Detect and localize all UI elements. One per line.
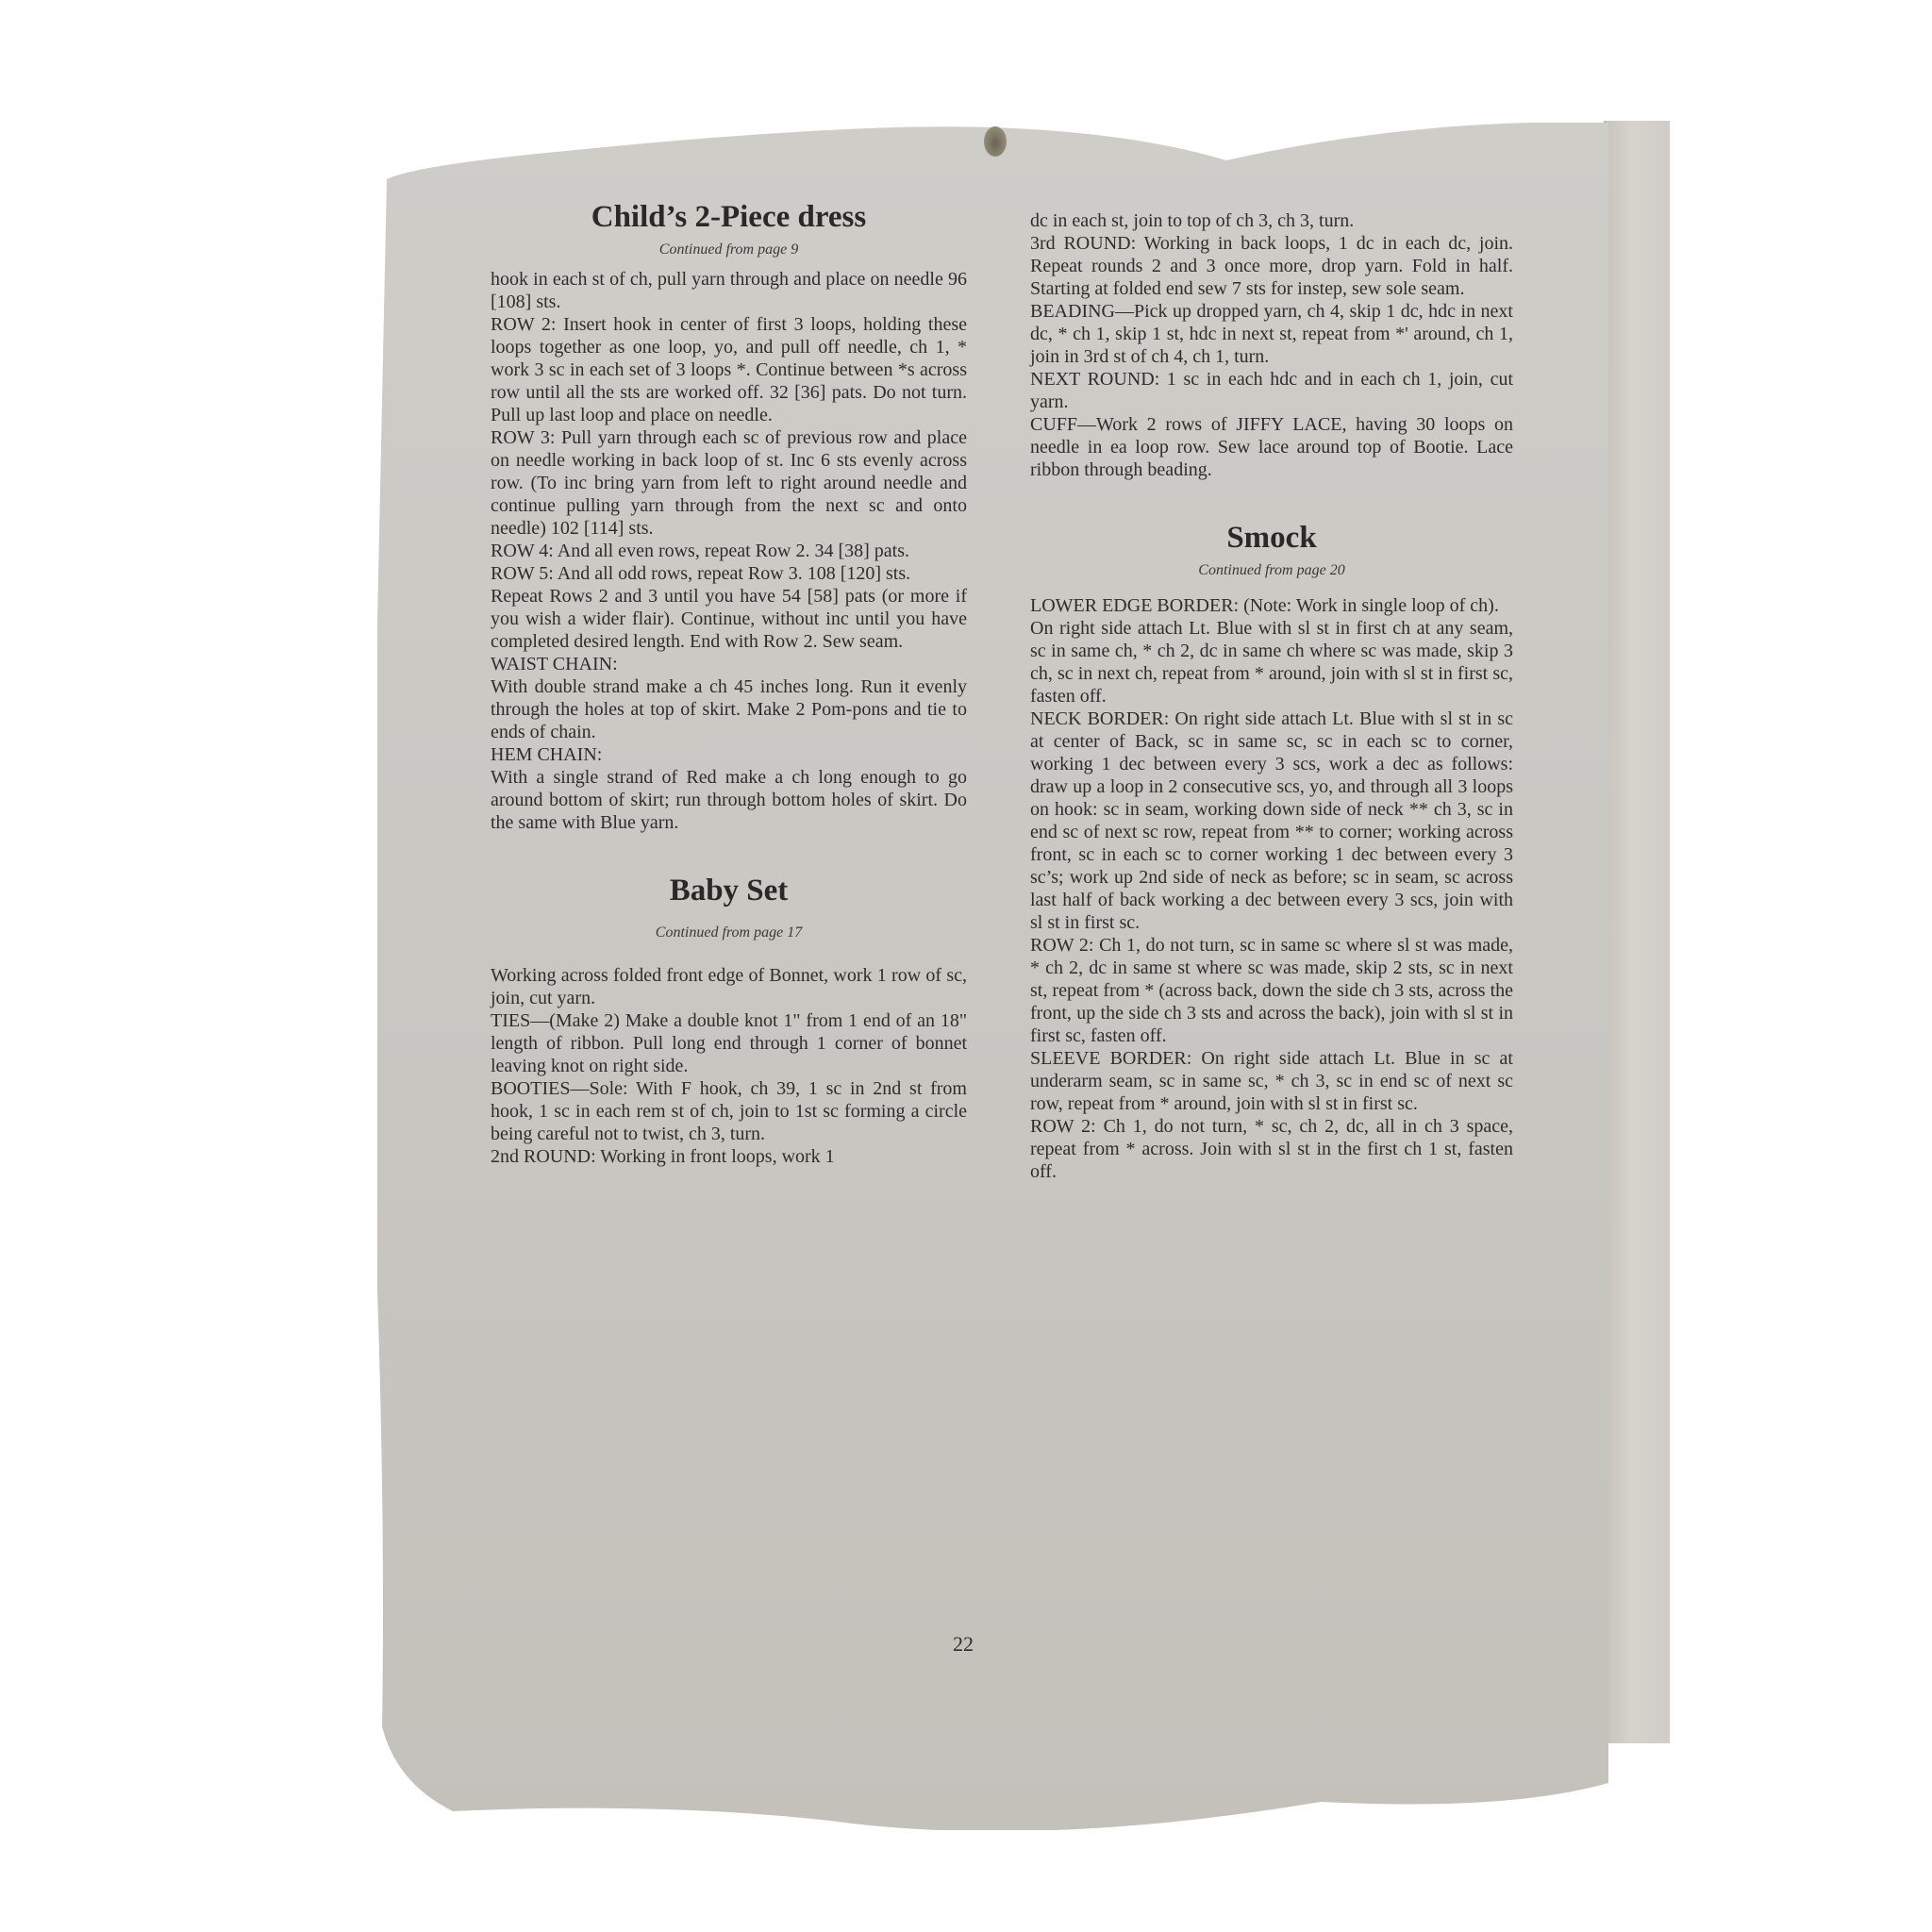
smock-paragraph: ROW 2: Ch 1, do not turn, sc in same sc … [1030, 934, 1513, 1047]
baby-set-continuation: dc in each st, join to top of ch 3, ch 3… [1030, 209, 1513, 232]
dress-paragraph: With a single strand of Red make a ch lo… [491, 766, 967, 834]
right-column: dc in each st, join to top of ch 3, ch 3… [1030, 209, 1513, 1183]
baby-set-continuation: BEADING—Pick up dropped yarn, ch 4, skip… [1030, 300, 1513, 368]
page-number: 22 [953, 1632, 974, 1657]
dress-paragraph: Repeat Rows 2 and 3 until you have 54 [5… [491, 585, 967, 653]
baby-set-paragraph: TIES—(Make 2) Make a double knot 1" from… [491, 1009, 967, 1077]
smock-paragraph: SLEEVE BORDER: On right side attach Lt. … [1030, 1047, 1513, 1115]
left-column: Child’s 2-Piece dress Continued from pag… [491, 198, 967, 1168]
dress-paragraph: With double strand make a ch 45 inches l… [491, 675, 967, 743]
dress-title: Child’s 2-Piece dress [491, 198, 967, 236]
baby-set-paragraph: Working across folded front edge of Bonn… [491, 964, 967, 1009]
smock-title: Smock [1030, 519, 1513, 557]
baby-set-continuation: CUFF—Work 2 rows of JIFFY LACE, having 3… [1030, 413, 1513, 481]
smock-paragraph: NECK BORDER: On right side attach Lt. Bl… [1030, 708, 1513, 934]
baby-set-paragraph: 2nd ROUND: Working in front loops, work … [491, 1145, 967, 1168]
baby-set-continuation: NEXT ROUND: 1 sc in each hdc and in each… [1030, 368, 1513, 413]
dress-paragraph: hook in each st of ch, pull yarn through… [491, 268, 967, 313]
dress-paragraph: ROW 5: And all odd rows, repeat Row 3. 1… [491, 562, 967, 585]
hem-chain-heading: HEM CHAIN: [491, 743, 967, 766]
smock-paragraph: ROW 2: Ch 1, do not turn, * sc, ch 2, dc… [1030, 1115, 1513, 1183]
binding-hole [984, 126, 1007, 157]
smock-paragraph: LOWER EDGE BORDER: (Note: Work in single… [1030, 594, 1513, 617]
baby-set-paragraph: BOOTIES—Sole: With F hook, ch 39, 1 sc i… [491, 1077, 967, 1145]
waist-chain-heading: WAIST CHAIN: [491, 653, 967, 675]
baby-set-continued-note: Continued from page 17 [491, 923, 967, 943]
smock-continued-note: Continued from page 20 [1030, 560, 1513, 581]
dress-paragraph: ROW 3: Pull yarn through each sc of prev… [491, 426, 967, 540]
back-page-edge [1604, 121, 1670, 1743]
dress-paragraph: ROW 4: And all even rows, repeat Row 2. … [491, 540, 967, 562]
baby-set-continuation: 3rd ROUND: Working in back loops, 1 dc i… [1030, 232, 1513, 300]
dress-paragraph: ROW 2: Insert hook in center of first 3 … [491, 313, 967, 426]
dress-continued-note: Continued from page 9 [491, 240, 967, 260]
smock-paragraph: On right side attach Lt. Blue with sl st… [1030, 617, 1513, 708]
baby-set-title: Baby Set [491, 872, 967, 909]
